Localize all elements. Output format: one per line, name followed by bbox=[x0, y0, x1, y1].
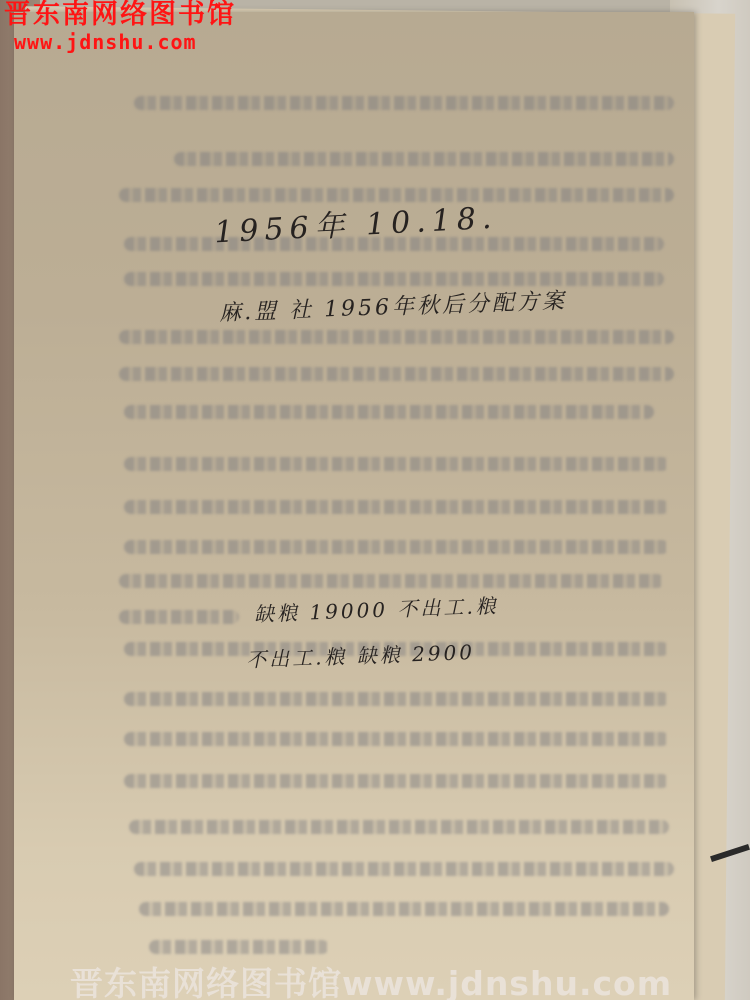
watermark-top-title: 晋东南网络图书馆 bbox=[4, 0, 236, 30]
faint-text-line bbox=[119, 574, 664, 588]
faint-text-line bbox=[174, 152, 674, 166]
watermark-top: 晋东南网络图书馆 www.jdnshu.com bbox=[4, 0, 236, 54]
watermark-top-url: www.jdnshu.com bbox=[4, 30, 236, 54]
annotation-note-1: 缺粮 19000 不出工.粮 bbox=[254, 590, 500, 628]
watermark-bottom: 晋东南网络图书馆www.jdnshu.com bbox=[70, 958, 672, 1000]
faint-text-line bbox=[124, 732, 669, 746]
faint-text-line bbox=[129, 820, 669, 834]
document-page: 1956年 10.18. 麻.盟 社 1956年秋后分配方案 缺粮 19000 … bbox=[14, 12, 694, 1000]
faint-text-line bbox=[139, 902, 669, 916]
faint-text-line bbox=[124, 540, 669, 554]
faint-text-line bbox=[124, 500, 669, 514]
faint-text-line bbox=[124, 774, 669, 788]
faint-text-line bbox=[124, 405, 654, 419]
faint-text-line bbox=[124, 692, 669, 706]
faint-text-line bbox=[149, 940, 329, 954]
faint-text-line bbox=[124, 457, 669, 471]
faint-text-line bbox=[134, 96, 674, 110]
faint-text-line bbox=[119, 610, 239, 624]
faint-text-line bbox=[119, 367, 674, 381]
annotation-title: 麻.盟 社 1956年秋后分配方案 bbox=[219, 284, 568, 327]
faint-text-line bbox=[119, 330, 674, 344]
faint-text-line bbox=[134, 862, 674, 876]
faint-text-line bbox=[124, 272, 664, 286]
